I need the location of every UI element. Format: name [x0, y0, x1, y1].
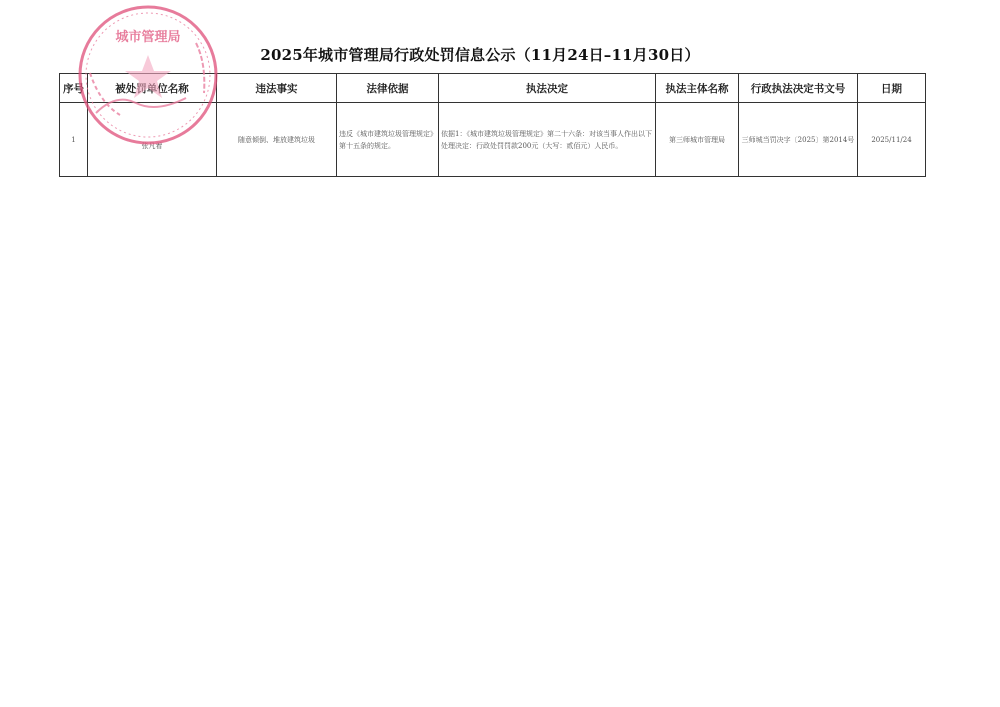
- cell-facts: 随意倾倒、堆放建筑垃圾: [217, 103, 337, 177]
- cell-doc-number: 三师城当罚决字〔2025〕第2014号: [739, 103, 858, 177]
- header-facts: 违法事实: [217, 74, 337, 103]
- header-date: 日期: [858, 74, 926, 103]
- header-party: 被处罚单位名称: [88, 74, 217, 103]
- cell-legal-basis: 违反《城市建筑垃圾管理规定》第十五条的规定。: [337, 103, 439, 177]
- header-legal-basis: 法律依据: [337, 74, 439, 103]
- table-row: 1 张凡着 随意倾倒、堆放建筑垃圾 违反《城市建筑垃圾管理规定》第十五条的规定。…: [60, 103, 926, 177]
- cell-party: 张凡着: [88, 103, 217, 177]
- cell-authority: 第三师城市管理局: [656, 103, 739, 177]
- cell-date: 2025/11/24: [858, 103, 926, 177]
- header-index: 序号: [60, 74, 88, 103]
- penalty-table: 序号 被处罚单位名称 违法事实 法律依据 执法决定 执法主体名称 行政执法决定书…: [59, 73, 926, 177]
- cell-decision: 依据1：《城市建筑垃圾管理规定》第二十六条：对该当事人作出以下处理决定：行政处罚…: [439, 103, 656, 177]
- header-authority: 执法主体名称: [656, 74, 739, 103]
- table-header-row: 序号 被处罚单位名称 违法事实 法律依据 执法决定 执法主体名称 行政执法决定书…: [60, 74, 926, 103]
- cell-index: 1: [60, 103, 88, 177]
- header-doc-number: 行政执法决定书文号: [739, 74, 858, 103]
- page-title: 2025年城市管理局行政处罚信息公示（11月24日–11月30日）: [250, 44, 710, 65]
- header-decision: 执法决定: [439, 74, 656, 103]
- svg-text:城市管理局: 城市管理局: [115, 29, 180, 45]
